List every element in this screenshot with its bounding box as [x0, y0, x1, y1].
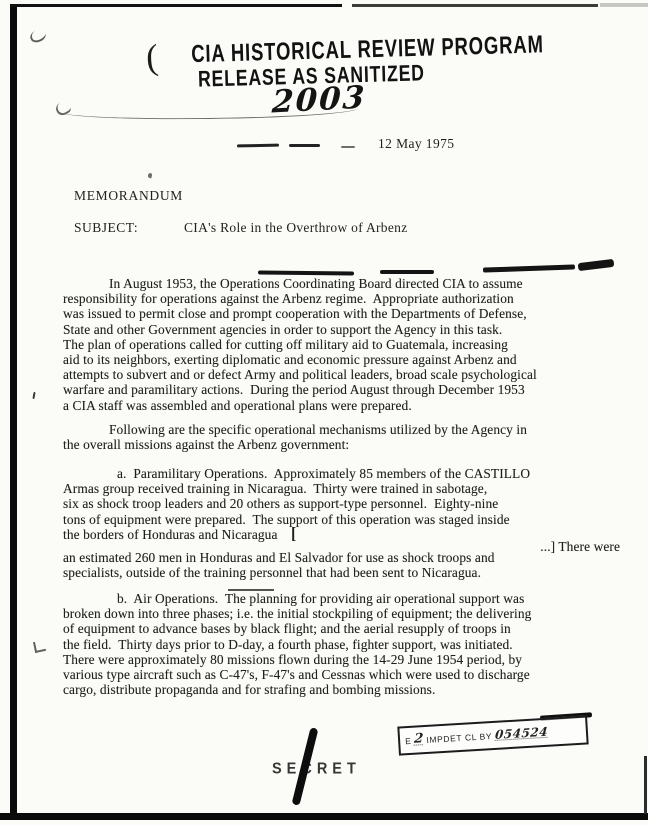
paragraph-2: Following are the specific operational m… — [63, 422, 527, 452]
scan-edge-top-2 — [352, 4, 598, 7]
handwritten-underline — [60, 106, 358, 121]
subject-text: CIA's Role in the Overthrow of Arbenz — [184, 220, 408, 236]
secret-classification-stamp: SECRET — [272, 760, 361, 777]
censor-smear — [258, 270, 354, 275]
paragraph-3a-paramilitary: a. Paramilitary Operations. Approximatel… — [63, 466, 530, 542]
document-date: 12 May 1975 — [378, 136, 454, 152]
scan-edge-left — [10, 4, 17, 815]
paragraph-4-air-operations: b. Air Operations. The planning for prov… — [63, 591, 531, 697]
impdet-handwritten-level: 2 — [414, 734, 424, 746]
scan-artifact-overline — [228, 589, 274, 591]
censor-smear — [380, 270, 434, 274]
redaction-dash — [289, 144, 320, 147]
scan-artifact-squiggle — [28, 27, 47, 44]
scan-artifact-tick — [147, 173, 152, 179]
scan-edge-top — [10, 4, 342, 7]
censor-smear — [483, 264, 575, 272]
redaction-dash — [341, 146, 355, 148]
impdet-handwritten-number: 054524 — [495, 727, 549, 741]
scan-artifact-apostrophe — [32, 392, 35, 399]
subject-label: SUBJECT: — [74, 220, 138, 236]
censor-smear — [578, 259, 615, 271]
redaction-dash — [237, 144, 279, 148]
impdet-text: IMPDET CL BY — [426, 731, 492, 745]
scan-artifact-check — [33, 640, 46, 653]
impdet-classification-stamp: E 2 IMPDET CL BY 054524 — [397, 715, 588, 755]
scan-edge-top-smudge — [600, 3, 648, 7]
scan-edge-right — [644, 756, 647, 814]
memorandum-label: MEMORANDUM — [74, 188, 183, 204]
scan-edge-bottom — [0, 813, 648, 820]
paragraph-1: In August 1953, the Operations Coordinat… — [63, 276, 537, 413]
scanned-document-page: ( CIA HISTORICAL REVIEW PROGRAM RELEASE … — [0, 0, 648, 825]
impdet-e-label: E — [405, 735, 412, 745]
paragraph-3b-continuation: an estimated 260 men in Honduras and El … — [63, 550, 495, 580]
